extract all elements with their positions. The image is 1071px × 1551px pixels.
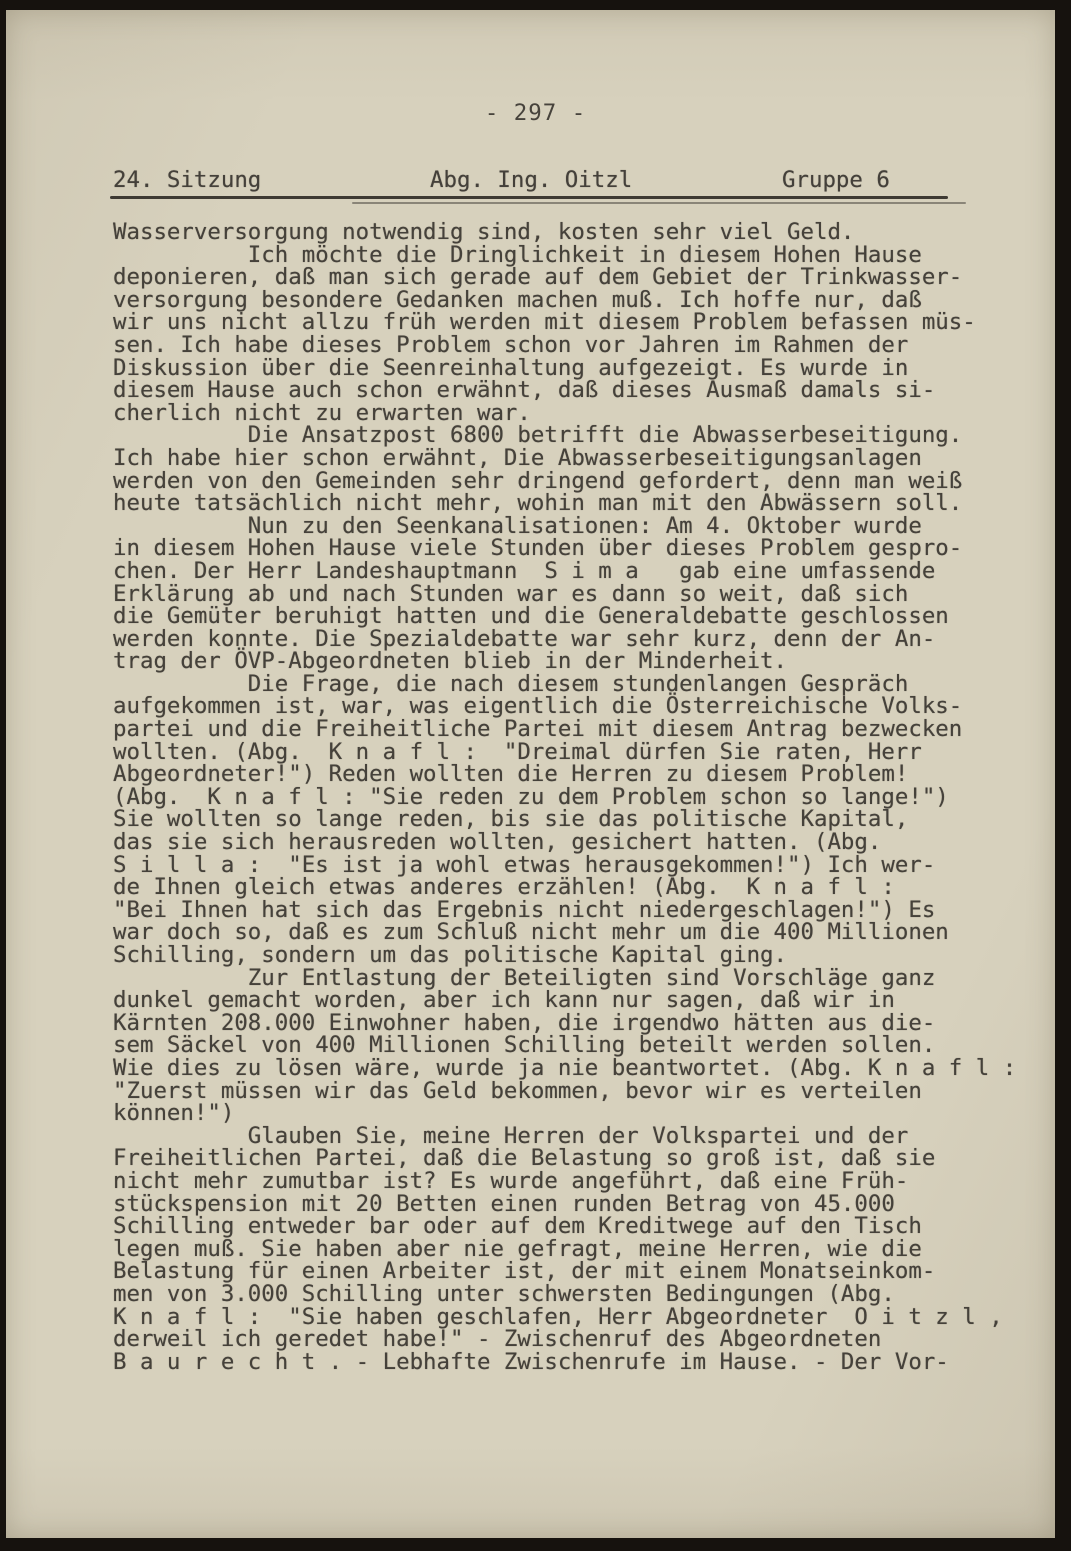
text-line: können!") [113,1102,1053,1125]
text-line: sem Säckel von 400 Millionen Schilling b… [113,1034,1053,1057]
header-rule-secondary [352,202,966,204]
text-line: Ich möchte die Dringlichkeit in diesem H… [113,244,1053,267]
text-line: nicht mehr zumutbar ist? Es wurde angefü… [113,1170,1053,1193]
text-line: Sie wollten so lange reden, bis sie das … [113,808,1053,831]
text-line: Wasserversorgung notwendig sind, kosten … [113,221,1053,244]
header-group-label: Gruppe 6 [782,167,890,193]
text-line: Kärnten 208.000 Einwohner haben, die irg… [113,1012,1053,1035]
text-line: Diskussion über die Seenreinhaltung aufg… [113,357,1053,380]
text-line: Zur Entlastung der Beteiligten sind Vors… [113,967,1053,990]
text-line: sen. Ich habe dieses Problem schon vor J… [113,334,1053,357]
text-line: Schilling entweder bar oder auf dem Kred… [113,1215,1053,1238]
text-line: derweil ich geredet habe!" - Zwischenruf… [113,1328,1053,1351]
text-line: war doch so, daß es zum Schluß nicht meh… [113,921,1053,944]
text-line: wir uns nicht allzu früh werden mit dies… [113,311,1053,334]
text-line: K n a f l : "Sie haben geschlafen, Herr … [113,1306,1053,1329]
text-line: Freiheitlichen Partei, daß die Belastung… [113,1147,1053,1170]
text-line: Nun zu den Seenkanalisationen: Am 4. Okt… [113,515,1053,538]
text-line: das sie sich herausreden wollten, gesich… [113,831,1053,854]
text-line: werden konnte. Die Spezialdebatte war se… [113,628,1053,651]
text-line: "Zuerst müssen wir das Geld bekommen, be… [113,1080,1053,1103]
text-line: Wie dies zu lösen wäre, wurde ja nie bea… [113,1057,1053,1080]
text-line: stückspension mit 20 Betten einen runden… [113,1193,1053,1216]
text-line: aufgekommen ist, war, was eigentlich die… [113,695,1053,718]
text-line: Erklärung ab und nach Stunden war es dan… [113,583,1053,606]
text-line: "Bei Ihnen hat sich das Ergebnis nicht n… [113,899,1053,922]
text-line: Ich habe hier schon erwähnt, Die Abwasse… [113,447,1053,470]
text-line: (Abg. K n a f l : "Sie reden zu dem Prob… [113,786,1053,809]
text-line: Glauben Sie, meine Herren der Volksparte… [113,1125,1053,1148]
text-line: partei und die Freiheitliche Partei mit … [113,718,1053,741]
text-line: werden von den Gemeinden sehr dringend g… [113,470,1053,493]
text-line: Die Ansatzpost 6800 betrifft die Abwasse… [113,424,1053,447]
scanned-document-page: - 297 - 24. Sitzung Abg. Ing. Oitzl Grup… [0,0,1071,1551]
header-speaker-label: Abg. Ing. Oitzl [430,167,632,193]
text-line: diesem Hause auch schon erwähnt, daß die… [113,379,1053,402]
header-rule [110,196,948,199]
text-line: dunkel gemacht worden, aber ich kann nur… [113,989,1053,1012]
text-line: heute tatsächlich nicht mehr, wohin man … [113,492,1053,515]
text-line: de Ihnen gleich etwas anderes erzählen! … [113,876,1053,899]
text-line: Belastung für einen Arbeiter ist, der mi… [113,1260,1053,1283]
text-line: Schilling, sondern um das politische Kap… [113,944,1053,967]
text-line: S i l l a : "Es ist ja wohl etwas heraus… [113,854,1053,877]
header-session-label: 24. Sitzung [113,167,261,193]
text-line: Abgeordneter!") Reden wollten die Herren… [113,763,1053,786]
text-line: men von 3.000 Schilling unter schwersten… [113,1283,1053,1306]
text-line: chen. Der Herr Landeshauptmann S i m a g… [113,560,1053,583]
body-text: Wasserversorgung notwendig sind, kosten … [113,221,1053,1373]
text-line: cherlich nicht zu erwarten war. [113,402,1053,425]
text-line: B a u r e c h t . - Lebhafte Zwischenruf… [113,1351,1053,1374]
page-number: - 297 - [0,100,1071,126]
text-line: legen muß. Sie haben aber nie gefragt, m… [113,1238,1053,1261]
text-line: deponieren, daß man sich gerade auf dem … [113,266,1053,289]
text-line: trag der ÖVP-Abgeordneten blieb in der M… [113,650,1053,673]
text-line: die Gemüter beruhigt hatten und die Gene… [113,605,1053,628]
page-header: 24. Sitzung Abg. Ing. Oitzl Gruppe 6 [0,167,1071,197]
text-line: versorgung besondere Gedanken machen muß… [113,289,1053,312]
text-line: in diesem Hohen Hause viele Stunden über… [113,537,1053,560]
text-line: wollten. (Abg. K n a f l : "Dreimal dürf… [113,741,1053,764]
